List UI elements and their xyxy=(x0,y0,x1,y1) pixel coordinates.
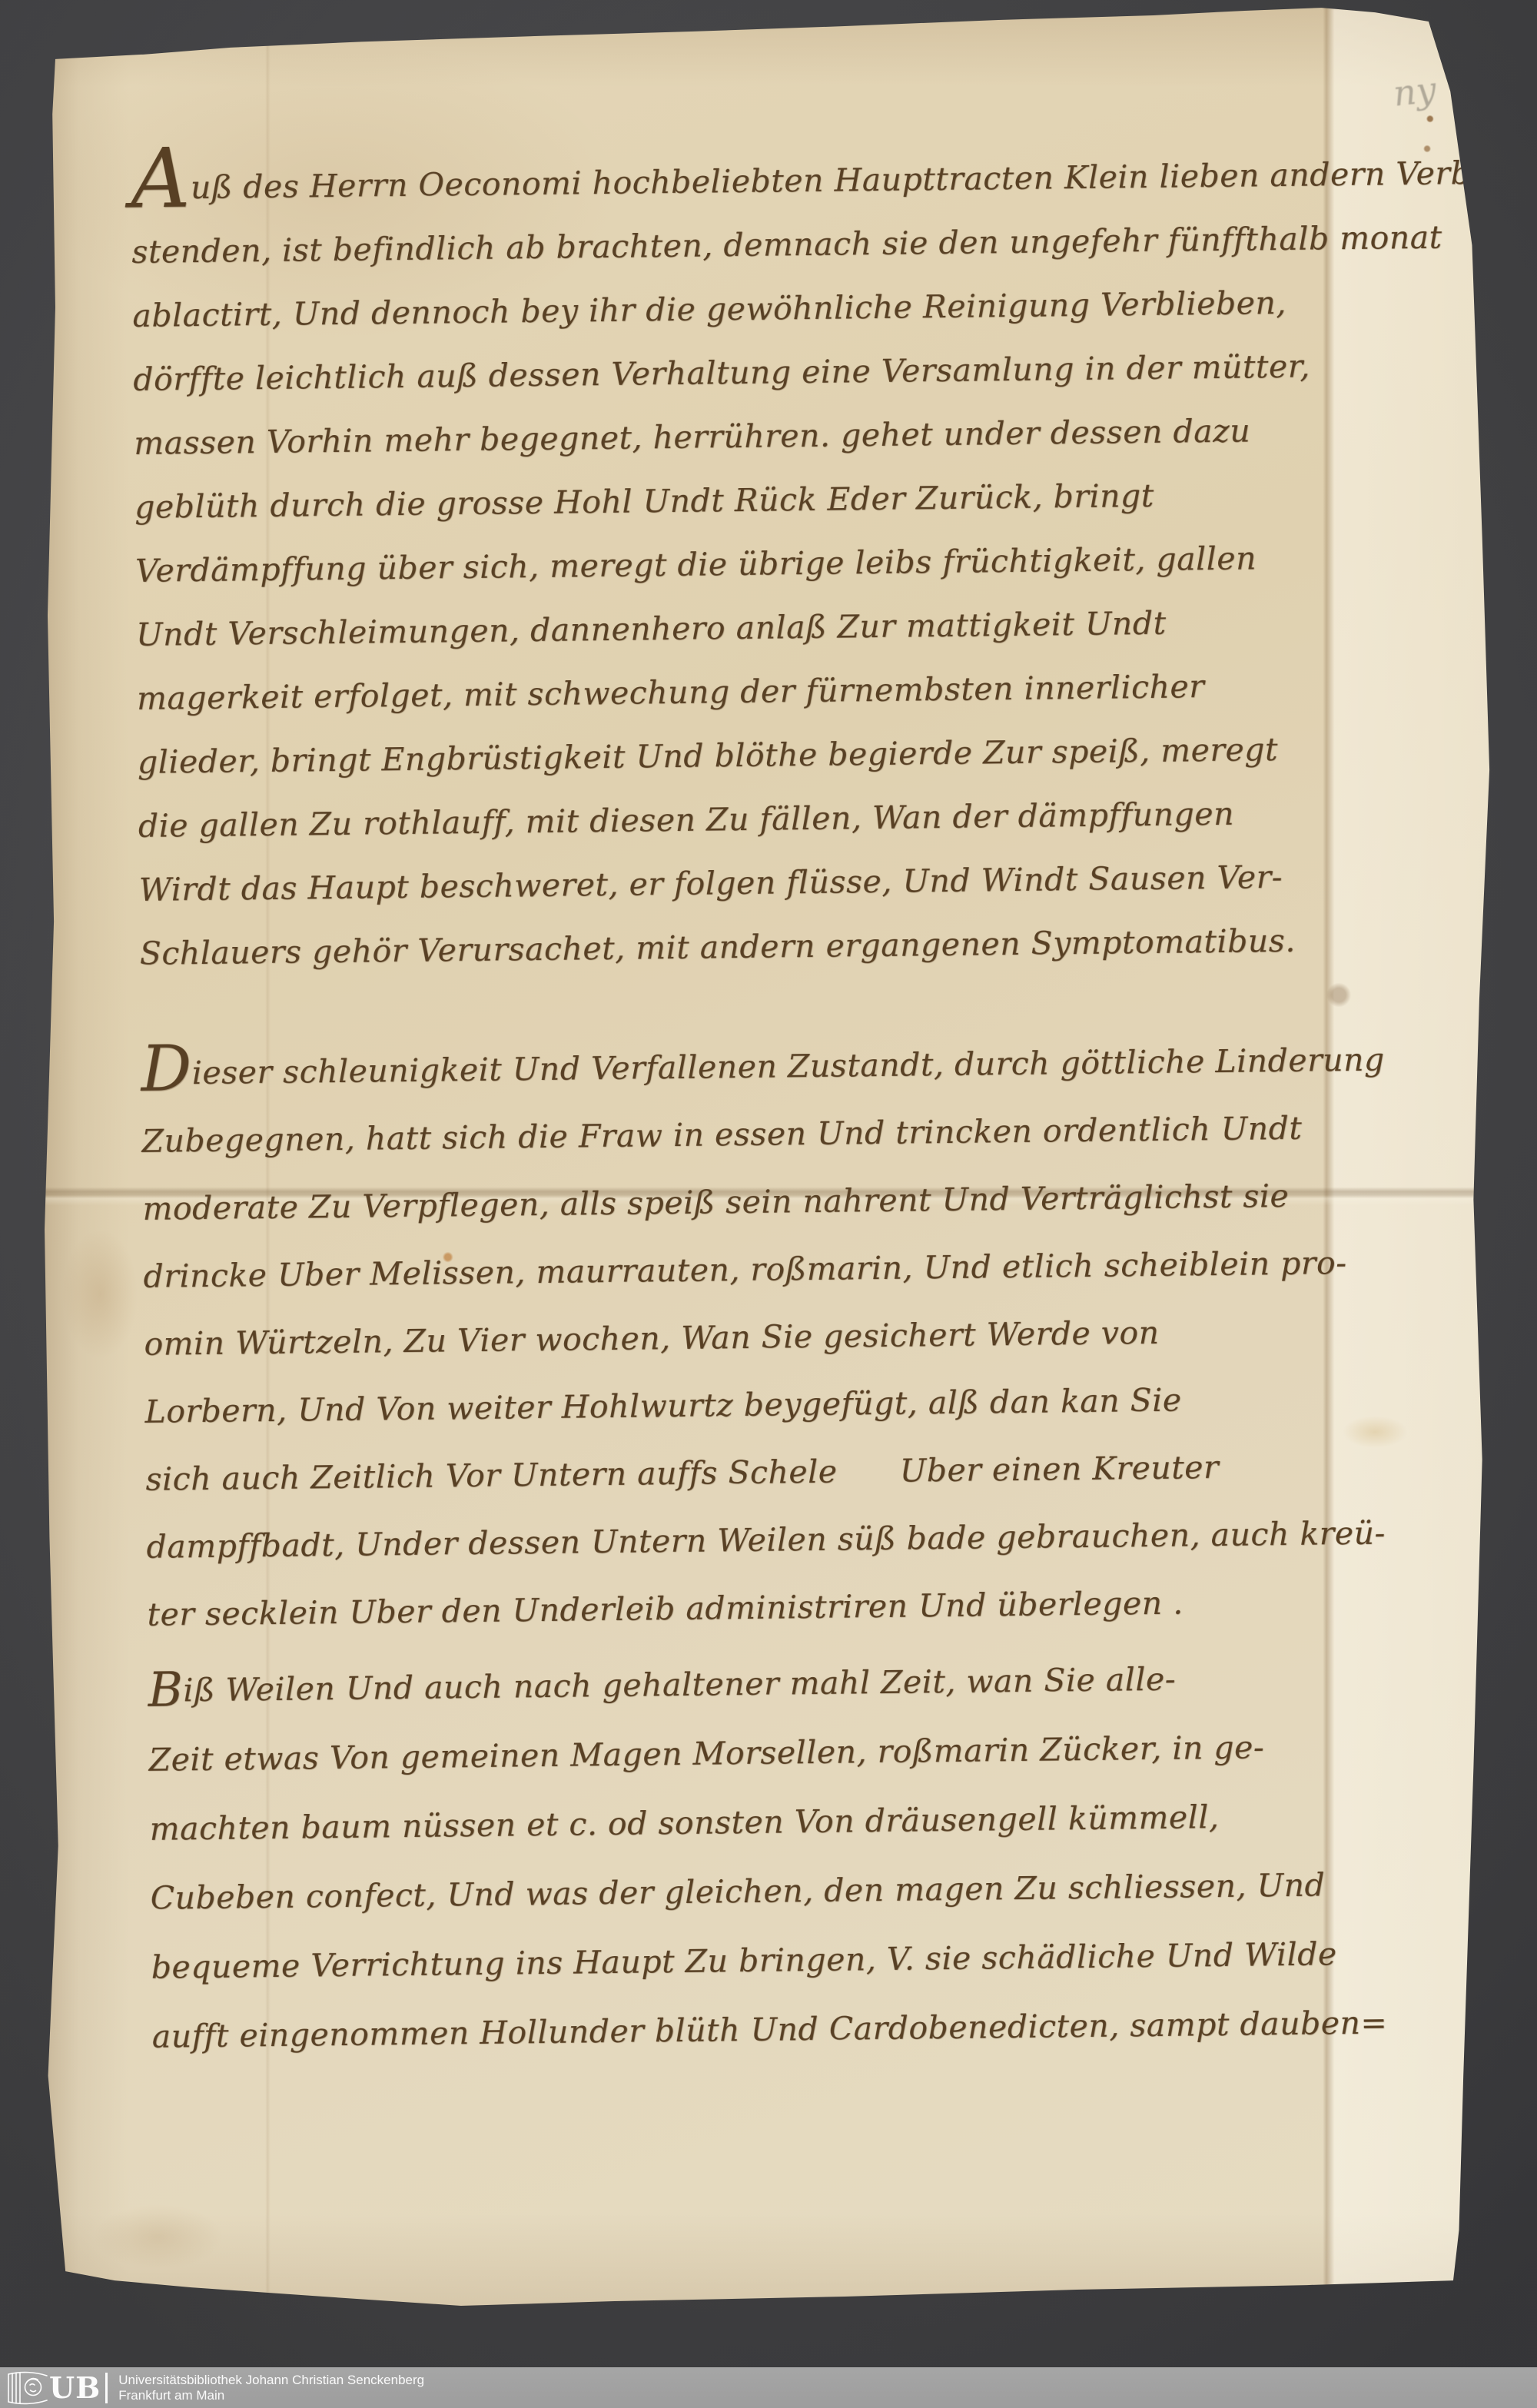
library-name: Universitätsbibliothek Johann Christian … xyxy=(118,2373,424,2388)
scan-viewer-background: Auß des Herrn Oeconomi hochbeliebten Hau… xyxy=(0,0,1537,2408)
manuscript-line: aufft eingenommen Hollunder blüth Und Ca… xyxy=(151,1988,1382,2071)
library-logo: UB xyxy=(6,2370,108,2406)
library-footer-text: Universitätsbibliothek Johann Christian … xyxy=(118,2373,424,2403)
manuscript-paragraph: Dieser schleunigkeit Und Verfallenen Zus… xyxy=(141,1026,1377,1649)
manuscript-page: Auß des Herrn Oeconomi hochbeliebten Hau… xyxy=(42,6,1491,2306)
folio-annotation: ny xyxy=(1391,68,1438,115)
initial-letter: A xyxy=(131,179,190,180)
initial-letter: D xyxy=(141,1069,191,1070)
footer-bar: UB Universitätsbibliothek Johann Christi… xyxy=(0,2367,1537,2408)
library-location: Frankfurt am Main xyxy=(118,2388,424,2403)
ub-logo-text: UB xyxy=(49,2370,101,2406)
book-pages-portrait-icon xyxy=(6,2370,48,2406)
manuscript-text: Auß des Herrn Oeconomi hochbeliebten Hau… xyxy=(131,143,1382,2071)
manuscript-paragraph: Auß des Herrn Oeconomi hochbeliebten Hau… xyxy=(131,143,1369,986)
manuscript-line: Schlauers gehör Verursachet, mit andern … xyxy=(139,908,1369,986)
initial-letter: B xyxy=(148,1690,184,1691)
manuscript-line: ter secklein Uber den Underleib administ… xyxy=(147,1567,1377,1649)
manuscript-paragraph: Biß Weilen Und auch nach gehaltener mahl… xyxy=(148,1642,1382,2071)
logo-divider xyxy=(105,2373,108,2403)
